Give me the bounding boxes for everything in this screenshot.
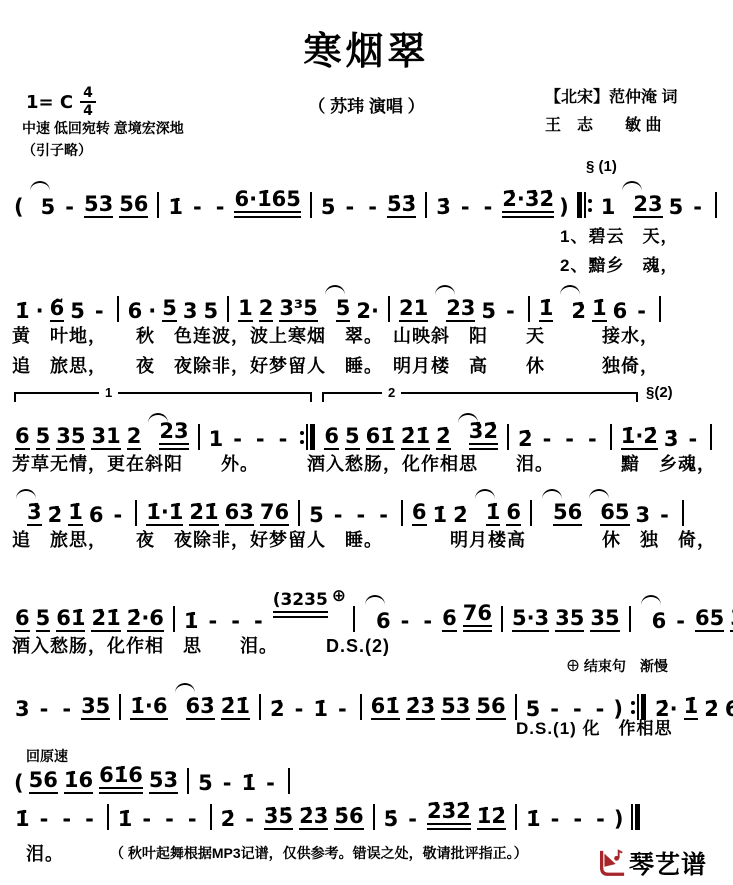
notation-line-4: 3̇2̇1̇6-1̇·1̇2̇1̇63765---61̇2̇1̇656653- <box>12 486 690 526</box>
lyrics-line-1a: 1、碧云 天， <box>560 222 678 247</box>
segno-mark-2: §(2) <box>646 384 673 401</box>
volta-label-1: 1 <box>99 385 118 401</box>
lyrics-line-2b: 追 旅思， 夜 夜除非，好梦留人 睡。 明月楼 高 休 独倚， <box>12 352 659 378</box>
volta-label-2: 2 <box>382 385 401 401</box>
volta-brackets: 1 2 §(2) <box>14 392 673 409</box>
lyrics-line-2a: 黄 叶地， 秋 色连波，波上寒烟 翠。 山映斜 阳 天 接水， <box>12 322 659 348</box>
logo-text: 琴艺谱 <box>629 845 707 881</box>
lyrics-line-5: 酒入愁肠，化作相 思 泪。 D.S.(2) <box>12 632 390 658</box>
lyrics-line-1b: 2、黯乡 魂， <box>560 251 678 276</box>
tempo-marking: 中速 低回宛转 意境宏深地 <box>22 118 184 138</box>
ds1-lyric-line: D.S.(1) 化 作相思 <box>516 714 673 739</box>
segno-mark-1: § (1) <box>586 158 617 175</box>
time-signature: 4 4 <box>80 86 96 118</box>
logo-icon <box>596 848 626 878</box>
intro-note: （引子略） <box>22 140 92 160</box>
qinyipu-logo: 琴艺谱 <box>596 845 707 881</box>
notation-line-3: 6535312231---6561̇2̇1̇2̇3̇2̇2̇---1̇·2̇3̇… <box>12 410 718 450</box>
notation-line-2: 1̇·6̃5-6·535123³552·21235-1̇2̇1̇6- <box>12 282 667 322</box>
notation-line-7-upper: (561̇661̇6535-1̇- <box>12 760 296 794</box>
key-label: 1= C <box>26 92 73 113</box>
volta-bracket-1: 1 <box>14 392 312 406</box>
key-signature: 1= C 4 4 <box>26 86 96 118</box>
coda-ending-label: ⊕ 结束句 渐慢 <box>566 656 668 676</box>
time-signature-denominator: 4 <box>83 103 93 118</box>
composer-credit: 王 志 敏 曲 <box>545 112 661 135</box>
notation-line-7-lower: 1̇---1̇---2̇-3̇5̇2̇3̇5̇6̇5̇-2̇3̇2̇1̇2̇1̇… <box>12 790 646 830</box>
lyricist-credit: 【北宋】范仲淹 词 <box>545 84 677 107</box>
time-signature-numerator: 4 <box>80 86 96 103</box>
sheet-music-page: 寒烟翠 （ 苏玮 演唱 ） 【北宋】范仲淹 词 王 志 敏 曲 1= C 4 4… <box>0 0 733 885</box>
lyrics-line-4: 追 旅思， 夜 夜除非，好梦留人 睡。 明月楼高 休 独 倚， <box>12 526 716 552</box>
notation-line-5: 6561̇2̇1̇2̇·61̇---(3235⊕6--6765·335356-6… <box>12 592 733 632</box>
volta-bracket-2: 2 <box>322 392 638 406</box>
transcription-note: （ 秋叶起舞根据MP3记谱，仅供参考。错误之处，敬请批评指正。） <box>110 843 528 863</box>
lyrics-line-3: 芳草无情，更在斜阳 外。 酒入愁肠，化作相思 泪。 黯 乡魂， <box>12 450 716 476</box>
notation-line-1: (5-53561̇--6·1̇655--5̇3̇3̇--2̇·3̇2̇)1235… <box>12 178 723 218</box>
lyrics-line-7: 泪。 <box>26 840 64 866</box>
page-title: 寒烟翠 <box>0 20 733 75</box>
